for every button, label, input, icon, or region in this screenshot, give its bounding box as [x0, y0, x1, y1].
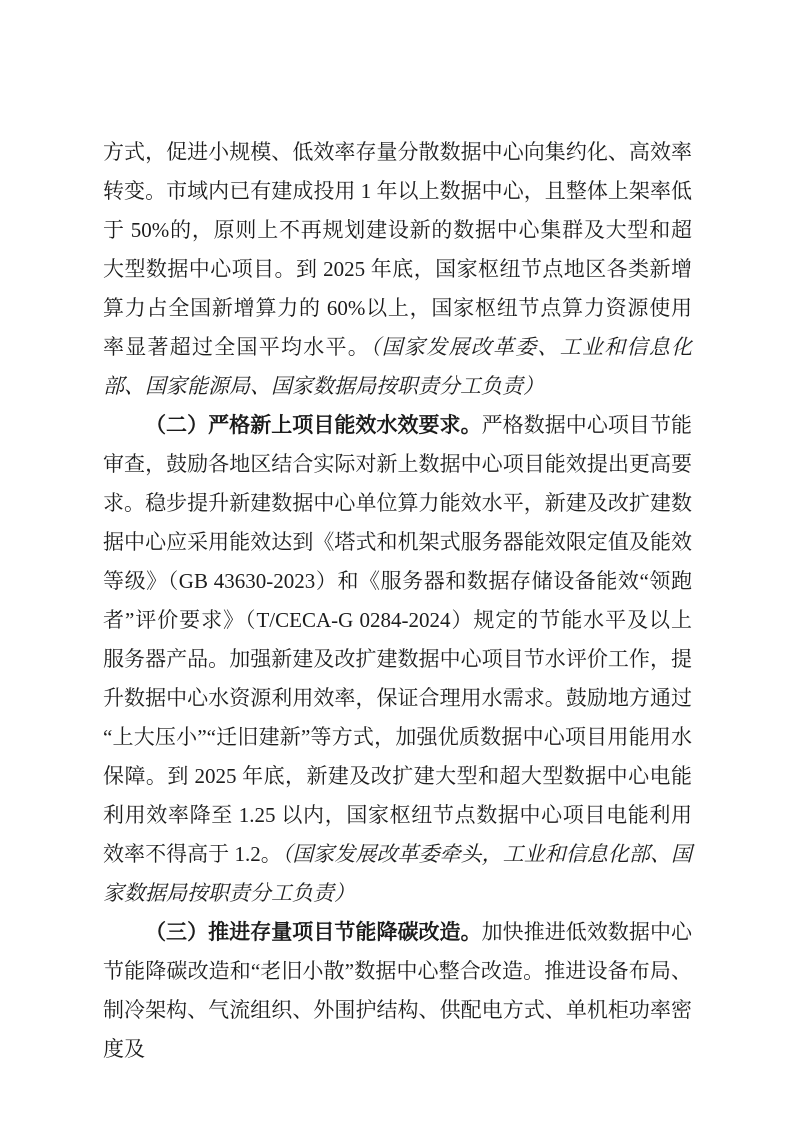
text-run-bold: （二）严格新上项目能效水效要求。 — [145, 413, 482, 437]
text-run-regular: 方式，促进小规模、低效率存量分散数据中心向集约化、高效率转变。市域内已有建成投用… — [103, 140, 692, 359]
document-page: 方式，促进小规模、低效率存量分散数据中心向集约化、高效率转变。市域内已有建成投用… — [0, 0, 794, 1123]
paragraph: （二）严格新上项目能效水效要求。严格数据中心项目节能审查，鼓励各地区结合实际对新… — [103, 406, 692, 913]
paragraph: 方式，促进小规模、低效率存量分散数据中心向集约化、高效率转变。市域内已有建成投用… — [103, 133, 692, 406]
text-run-regular: 严格数据中心项目节能审查，鼓励各地区结合实际对新上数据中心项目能效提出更高要求。… — [103, 413, 692, 866]
paragraph: （三）推进存量项目节能降碳改造。加快推进低效数据中心节能降碳改造和“老旧小散”数… — [103, 913, 692, 1069]
document-body: 方式，促进小规模、低效率存量分散数据中心向集约化、高效率转变。市域内已有建成投用… — [103, 133, 692, 1069]
text-run-bold: （三）推进存量项目节能降碳改造。 — [145, 920, 482, 944]
